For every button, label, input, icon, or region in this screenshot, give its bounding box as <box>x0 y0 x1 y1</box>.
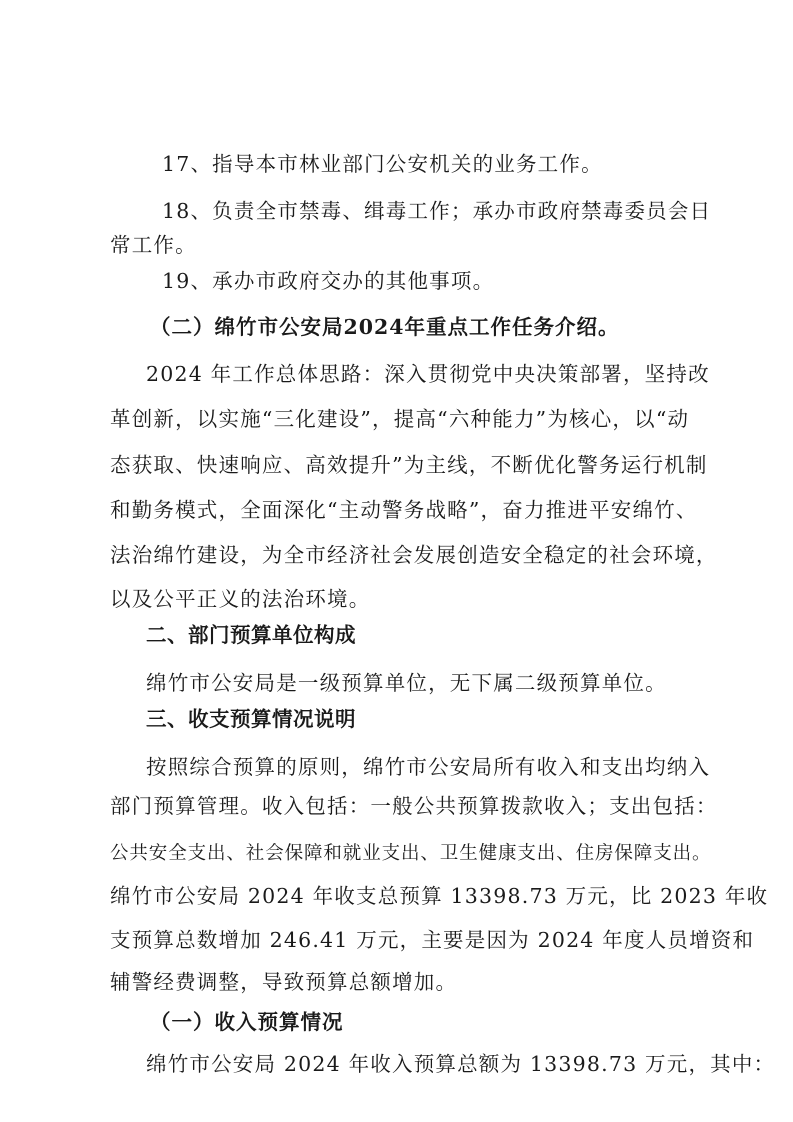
paragraph-line: 支预算总数增加 246.41 万元，主要是因为 2024 年度人员增资和 <box>110 928 754 952</box>
paragraph-line: 按照综合预算的原则，绵竹市公安局所有收入和支出均纳入 <box>146 755 710 779</box>
section-heading-budget-units: 二、部门预算单位构成 <box>146 623 356 647</box>
section-heading-income-expense: 三、收支预算情况说明 <box>146 707 356 731</box>
list-item-18-cont: 常工作。 <box>110 233 197 257</box>
paragraph-line: 绵竹市公安局是一级预算单位，无下属二级预算单位。 <box>146 671 667 695</box>
section-heading-key-tasks: （二）绵竹市公安局2024年重点工作任务介绍。 <box>150 315 620 339</box>
paragraph-line: 法治绵竹建设，为全市经济社会发展创造安全稳定的社会环境， <box>110 543 718 567</box>
list-item-17: 17、指导本市林业部门公安机关的业务工作。 <box>162 152 603 176</box>
section-heading-income-budget: （一）收入预算情况 <box>150 1010 344 1034</box>
paragraph-line: 辅警经费调整，导致预算总额增加。 <box>110 970 457 994</box>
list-item-18: 18、负责全市禁毒、缉毒工作；承办市政府禁毒委员会日 <box>162 199 711 223</box>
paragraph-line: 以及公平正义的法治环境。 <box>110 587 370 611</box>
paragraph-line: 绵竹市公安局 2024 年收入预算总额为 13398.73 万元，其中： <box>146 1052 775 1076</box>
paragraph-line: 态获取、快速响应、高效提升”为主线，不断优化警务运行机制 <box>110 453 708 477</box>
paragraph-line: 和勤务模式，全面深化“主动警务战略”，奋力推进平安绵竹、 <box>110 498 698 522</box>
paragraph-line: 公共安全支出、社会保障和就业支出、卫生健康支出、住房保障支出。 <box>110 842 711 866</box>
paragraph-line: 革创新，以实施“三化建设”，提高“六种能力”为核心，以“动 <box>110 407 689 431</box>
paragraph-line: 2024 年工作总体思路：深入贯彻党中央决策部署，坚持改 <box>146 362 710 386</box>
list-item-19: 19、承办市政府交办的其他事项。 <box>162 269 494 293</box>
paragraph-line: 部门预算管理。收入包括：一般公共预算拨款收入；支出包括： <box>110 794 718 818</box>
paragraph-line: 绵竹市公安局 2024 年收支总预算 13398.73 万元，比 2023 年收 <box>110 884 768 908</box>
